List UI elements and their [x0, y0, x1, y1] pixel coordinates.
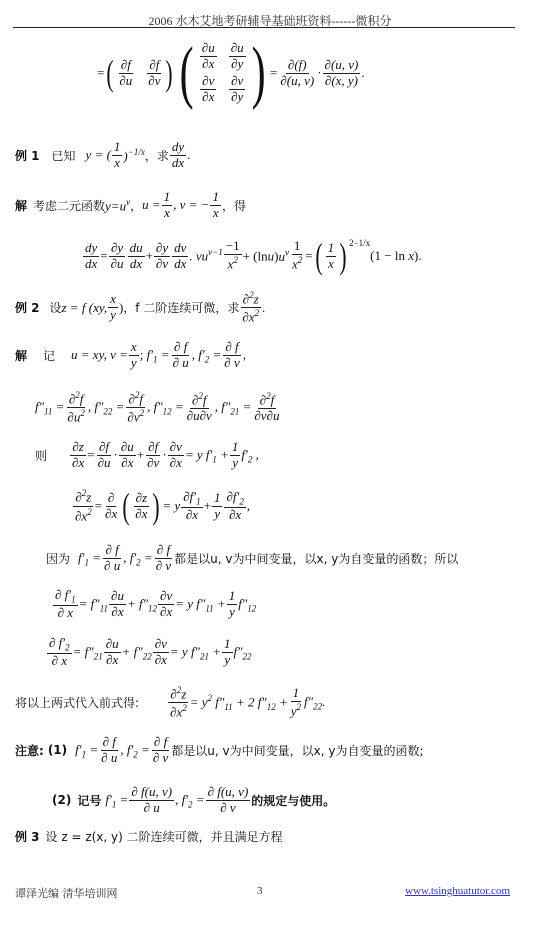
- note-2: (2) 记号 f′1 = ∂ f(u, v)∂ u , f′2 = ∂ f(u,…: [52, 785, 335, 816]
- first-derivative: 则 ∂z∂x= ∂f∂u·∂u∂x+ ∂f∂v·∂v∂x = y f′1 + 1…: [35, 440, 259, 471]
- substitute-text: 将以上两式代入前式得:: [15, 694, 139, 711]
- record-text: 记: [43, 347, 55, 364]
- because-line: 因为 f′1 = ∂ f∂ u , f′2 = ∂ f∂ v 都是以u, v为中…: [46, 543, 458, 574]
- because-text: 因为: [46, 550, 70, 567]
- equals-sign: =: [97, 65, 104, 81]
- solution-1: 解 考虑二元函数 y=uv ， u = 1x , v = −1x ，得: [15, 190, 246, 221]
- note-item-text: 都是以u, v为中间变量，以x, y为自变量的函数;: [171, 742, 423, 759]
- example-label: 例 2: [15, 299, 40, 316]
- note-label: 注意:: [15, 742, 44, 759]
- example-text: 设: [50, 299, 62, 316]
- note-item-text: 的规定与使用。: [251, 792, 335, 809]
- note-1: 注意: (1) f′1 = ∂ f∂ u , f′2 = ∂ f∂ v 都是以u…: [15, 735, 424, 766]
- example-text: 设 z = z(x, y) 二阶连续可微，并且满足方程: [46, 828, 283, 845]
- solution-1-derivation: dydx= ∂y∂ududx+ ∂y∂vdvdx . vuv−1 −1x2 + …: [82, 238, 422, 274]
- note-item-head: 记号: [77, 792, 101, 809]
- second-derivatives-def: f″11 = ∂2f∂u2 , f″22 = ∂2f∂v2 , f″12 = ∂…: [35, 390, 282, 426]
- note-item-number: (1): [48, 743, 67, 757]
- example-text-b: ，f 二阶连续可微，求: [123, 299, 239, 316]
- example-2: 例 2 设 z = f (xy, xy) ，f 二阶连续可微，求 ∂2z∂x2.: [15, 290, 265, 326]
- partial-f1: ∂ f′1∂ x = f″11∂u∂x + f″12∂v∂x = y f″11 …: [52, 588, 256, 621]
- example-3: 例 3 设 z = z(x, y) 二阶连续可微，并且满足方程: [15, 828, 283, 845]
- then-text: 则: [35, 447, 47, 464]
- footer-link[interactable]: www.tsinghuatutor.com: [405, 885, 510, 897]
- footer-author: 谭泽光编 清华培训网: [15, 885, 118, 901]
- jacobian-formula: = ( ∂f∂u ∂f∂v ) ( ∂u∂x ∂u∂y ∂v∂x ∂v∂y ) …: [97, 38, 365, 108]
- solution-2: 解 记 u = xy, v = xy ; f′1 = ∂ f∂ u , f′2 …: [15, 340, 246, 371]
- solution-label: 解: [15, 197, 27, 214]
- final-result: 将以上两式代入前式得: ∂2z∂x2 = y2 f″11 + 2 f″12 + …: [15, 685, 325, 721]
- solution-label: 解: [15, 347, 27, 364]
- example-label: 例 1: [15, 147, 40, 164]
- example-1: 例 1 已知 y = ( 1x )−1/x ，求 dydx.: [15, 140, 190, 171]
- example-ask: ，求: [145, 147, 169, 164]
- page-number: 3: [257, 885, 263, 897]
- header-divider: [13, 27, 515, 28]
- because-tail: 都是以u, v为中间变量，以x, y为自变量的函数；所以: [174, 550, 458, 567]
- second-derivative: ∂2z∂x2= ∂∂x(∂z∂x) = y∂f′1∂x+ 1y∂f′2∂x,: [72, 488, 250, 524]
- example-text: 已知: [52, 147, 76, 164]
- example-label: 例 3: [15, 828, 40, 845]
- note-item-number: (2): [52, 793, 71, 807]
- partial-f2: ∂ f′2∂ x = f″21∂u∂x + f″22∂v∂x = y f″21 …: [46, 636, 252, 669]
